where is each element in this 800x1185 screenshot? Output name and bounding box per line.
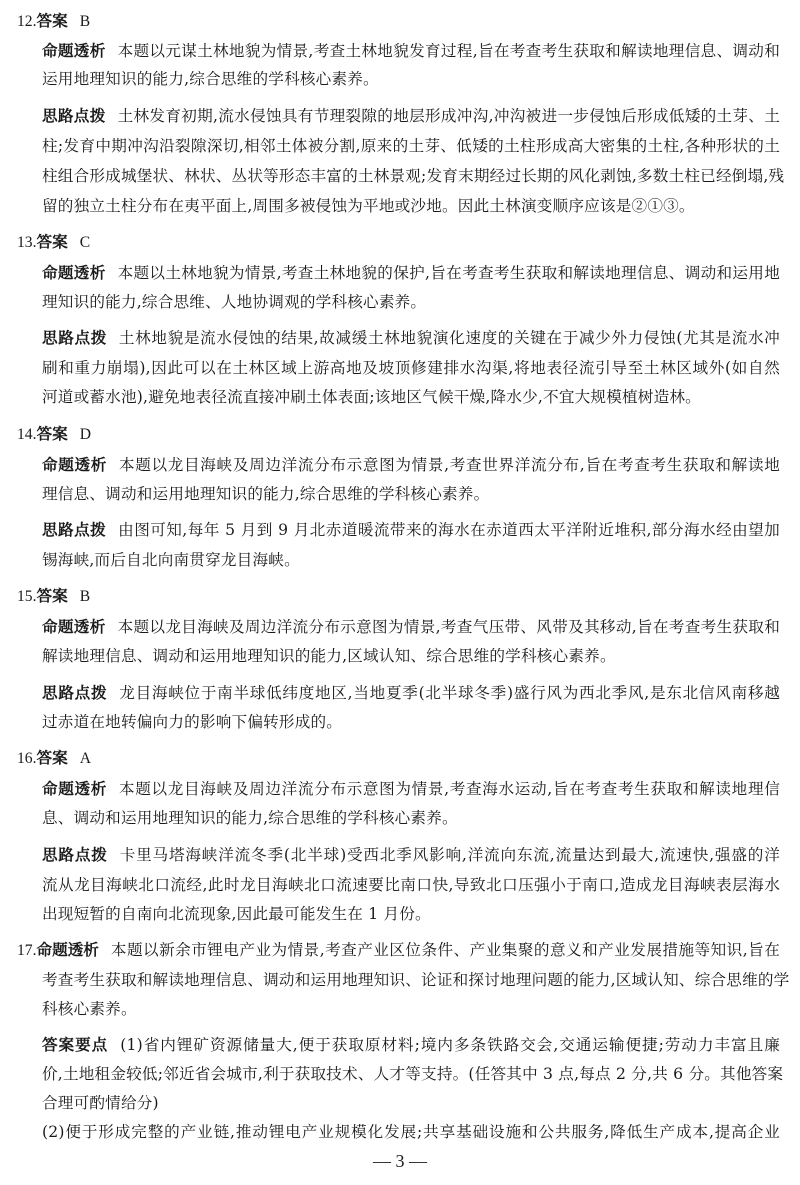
- question-number: 14.: [17, 426, 37, 443]
- analysis-line: 命题透析本题以龙目海峡及周边洋流分布示意图为情景,考查世界洋流分布,旨在考查考生…: [42, 452, 780, 479]
- question-15-answer-header: 15.答案B: [17, 583, 90, 610]
- hint-line: 思路点拨由图可知,每年 5 月到 9 月北赤道暖流带来的海水在赤道西太平洋附近堆…: [42, 517, 780, 544]
- hint-line: 留的独立土柱分布在夷平面上,周围多被侵蚀为平地或沙地。因此土林演变顺序应该是②①…: [42, 193, 780, 220]
- answer-label: 答案: [37, 233, 68, 251]
- hint-label: 思路点拨: [42, 107, 106, 125]
- analysis-label: 命题透析: [42, 264, 106, 282]
- key-points-line: 答案要点(1)省内锂矿资源储量大,便于获取原材料;境内多条铁路交会,交通运输便捷…: [42, 1032, 780, 1059]
- hint-label: 思路点拨: [42, 521, 106, 539]
- hint-line: 出现短暂的自南向北流现象,因此最可能发生在 1 月份。: [42, 901, 780, 928]
- question-14-answer-header: 14.答案D: [17, 421, 91, 448]
- key-points-line: (2)便于形成完整的产业链,推动锂电产业规模化发展;共享基础设施和公共服务,降低…: [42, 1119, 780, 1146]
- analysis-line: 理信息、调动和运用地理知识的能力,综合思维的学科核心素养。: [42, 481, 780, 508]
- answer-value: B: [80, 13, 90, 30]
- hint-line: 流从龙目海峡北口流经,此时龙目海峡北口流速要比南口快,导致北口压强小于南口,造成…: [42, 872, 780, 899]
- question-12-answer-header: 12.答案B: [17, 8, 90, 35]
- question-number: 12.: [17, 13, 37, 30]
- hint-line: 锡海峡,而后自北向南贯穿龙目海峡。: [42, 547, 780, 574]
- hint-line: 思路点拨土林地貌是流水侵蚀的结果,故减缓土林地貌演化速度的关键在于减少外力侵蚀(…: [42, 325, 780, 352]
- analysis-line: 考查考生获取和解读地理信息、调动和运用地理知识、论证和探讨地理问题的能力,区域认…: [42, 967, 780, 994]
- analysis-label: 命题透析: [42, 456, 107, 474]
- analysis-line: 理知识的能力,综合思维、人地协调观的学科核心素养。: [42, 289, 780, 316]
- question-number: 13.: [17, 234, 37, 251]
- answer-value: A: [80, 750, 91, 767]
- hint-line: 柱组合形成城堡状、林状、丛状等形态丰富的土林景观;发育末期经过长期的风化剥蚀,多…: [42, 163, 780, 190]
- key-points-label: 答案要点: [42, 1036, 108, 1054]
- analysis-label: 命题透析: [42, 780, 107, 798]
- answer-label: 答案: [37, 425, 68, 443]
- analysis-line: 命题透析本题以龙目海峡及周边洋流分布示意图为情景,考查海水运动,旨在考查考生获取…: [42, 776, 780, 803]
- hint-label: 思路点拨: [42, 329, 107, 347]
- analysis-line: 科核心素养。: [42, 996, 780, 1023]
- analysis-line: 命题透析本题以元谋土林地貌为情景,考查土林地貌发育过程,旨在考查考生获取和解读地…: [42, 38, 780, 65]
- answer-label: 答案: [37, 749, 68, 767]
- question-13-answer-header: 13.答案C: [17, 229, 90, 256]
- analysis-label: 命题透析: [37, 941, 99, 959]
- hint-line: 思路点拨龙目海峡位于南半球低纬度地区,当地夏季(北半球冬季)盛行风为西北季风,是…: [42, 680, 780, 707]
- analysis-label: 命题透析: [42, 42, 106, 60]
- hint-label: 思路点拨: [42, 846, 108, 864]
- question-17-analysis-header: 17.命题透析 本题以新余市锂电产业为情景,考查产业区位条件、产业集聚的意义和产…: [17, 937, 780, 964]
- hint-line: 思路点拨土林发育初期,流水侵蚀具有节理裂隙的地层形成冲沟,冲沟被进一步侵蚀后形成…: [42, 103, 780, 130]
- hint-line: 柱;发育中期冲沟沿裂隙深切,相邻土体被分割,原来的土芽、低矮的土柱形成高大密集的…: [42, 133, 780, 160]
- answer-label: 答案: [37, 12, 68, 30]
- answer-label: 答案: [37, 587, 68, 605]
- question-16-answer-header: 16.答案A: [17, 745, 91, 772]
- analysis-line: 解读地理信息、调动和运用地理知识的能力,区域认知、综合思维的学科核心素养。: [42, 643, 780, 670]
- analysis-line: 命题透析本题以龙目海峡及周边洋流分布示意图为情景,考查气压带、风带及其移动,旨在…: [42, 614, 780, 641]
- hint-line: 刷和重力崩塌),因此可以在土林区域上游高地及坡顶修建排水沟渠,将地表径流引导至土…: [42, 355, 780, 382]
- answer-value: B: [80, 588, 90, 605]
- key-points-line: 合理可酌情给分): [42, 1090, 780, 1117]
- analysis-label: 命题透析: [42, 618, 106, 636]
- analysis-line: 本题以新余市锂电产业为情景,考查产业区位条件、产业集聚的意义和产业发展措施等知识…: [111, 937, 780, 964]
- document-page: 12.答案B 命题透析本题以元谋土林地貌为情景,考查土林地貌发育过程,旨在考查考…: [0, 0, 800, 1185]
- analysis-line: 命题透析本题以土林地貌为情景,考查土林地貌的保护,旨在考查考生获取和解读地理信息…: [42, 260, 780, 287]
- question-number: 17.: [17, 942, 37, 959]
- hint-line: 河道或蓄水池),避免地表径流直接冲刷土体表面;该地区气候干燥,降水少,不宜大规模…: [42, 384, 780, 411]
- answer-value: D: [80, 426, 91, 443]
- hint-label: 思路点拨: [42, 684, 107, 702]
- page-number: — 3 —: [0, 1148, 800, 1175]
- analysis-line: 息、调动和运用地理知识的能力,综合思维的学科核心素养。: [42, 805, 780, 832]
- key-points-line: 价,土地租金较低;邻近省会城市,利于获取技术、人才等支持。(任答其中 3 点,每…: [42, 1061, 780, 1088]
- question-number: 15.: [17, 588, 37, 605]
- hint-line: 过赤道在地转偏向力的影响下偏转形成的。: [42, 709, 780, 736]
- answer-value: C: [80, 234, 90, 251]
- hint-line: 思路点拨卡里马塔海峡洋流冬季(北半球)受西北季风影响,洋流向东流,流量达到最大,…: [42, 842, 780, 869]
- analysis-line: 运用地理知识的能力,综合思维的学科核心素养。: [42, 66, 780, 93]
- question-number: 16.: [17, 750, 37, 767]
